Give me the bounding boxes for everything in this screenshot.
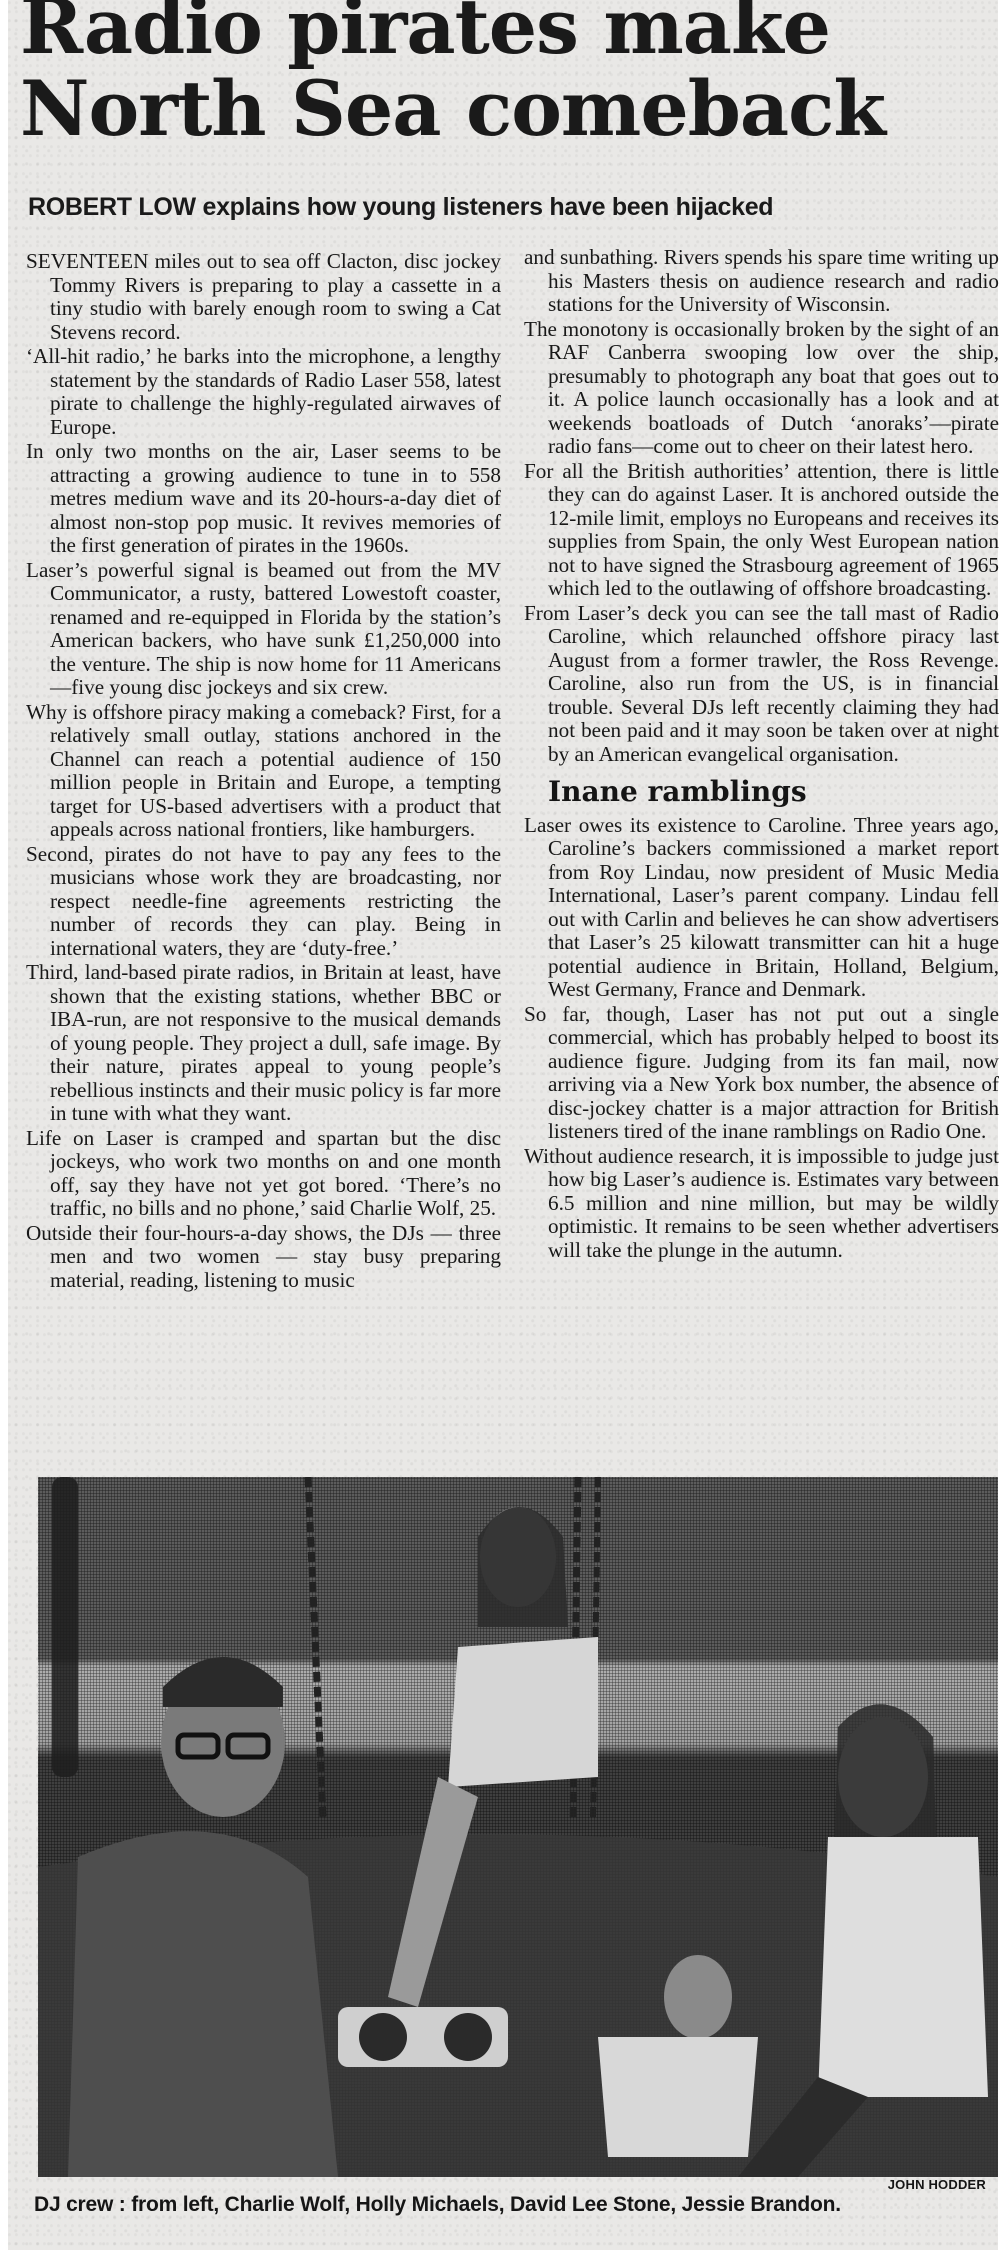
paragraph: Second, pirates do not have to pay any f… bbox=[26, 843, 501, 961]
paragraph: From Laser’s deck you can see the tall m… bbox=[524, 602, 999, 767]
paragraph: Third, land-based pirate radios, in Brit… bbox=[26, 961, 501, 1126]
subheading: Inane ramblings bbox=[548, 780, 999, 804]
photo-credit: JOHN HODDER bbox=[888, 2177, 986, 2192]
newspaper-clipping: Radio pirates make North Sea comeback RO… bbox=[8, 0, 998, 2250]
paragraph: The monotony is occasionally broken by t… bbox=[524, 318, 999, 459]
standfirst-byline: ROBERT LOW explains how young listeners … bbox=[28, 193, 988, 222]
paragraph: Outside their four-hours-a-day shows, th… bbox=[26, 1222, 501, 1293]
article-column-left: SEVENTEEN miles out to sea off Clacton, … bbox=[26, 250, 501, 1293]
paragraph: Life on Laser is cramped and spartan but… bbox=[26, 1127, 501, 1221]
paragraph: So far, though, Laser has not put out a … bbox=[524, 1003, 999, 1144]
paragraph: and sunbathing. Rivers spends his spare … bbox=[524, 246, 999, 317]
headline: Radio pirates make North Sea comeback bbox=[20, 0, 1000, 150]
headline-line-2: North Sea comeback bbox=[20, 68, 1000, 150]
paragraph: Laser owes its existence to Caroline. Th… bbox=[524, 814, 999, 1002]
paragraph: Why is offshore piracy making a comeback… bbox=[26, 701, 501, 842]
paragraph: For all the British authorities’ attenti… bbox=[524, 460, 999, 601]
paragraph: Without audience research, it is impossi… bbox=[524, 1145, 999, 1263]
article-column-right: and sunbathing. Rivers spends his spare … bbox=[524, 246, 999, 1263]
photo-caption: DJ crew : from left, Charlie Wolf, Holly… bbox=[34, 2193, 1000, 2217]
headline-line-1: Radio pirates make bbox=[20, 0, 1000, 68]
dj-crew-photo bbox=[38, 1477, 998, 2177]
paragraph: ‘All-hit radio,’ he barks into the micro… bbox=[26, 345, 501, 439]
paragraph: SEVENTEEN miles out to sea off Clacton, … bbox=[26, 250, 501, 344]
paragraph: Laser’s powerful signal is beamed out fr… bbox=[26, 559, 501, 700]
photo-illustration bbox=[38, 1477, 998, 2177]
paragraph: In only two months on the air, Laser see… bbox=[26, 440, 501, 558]
